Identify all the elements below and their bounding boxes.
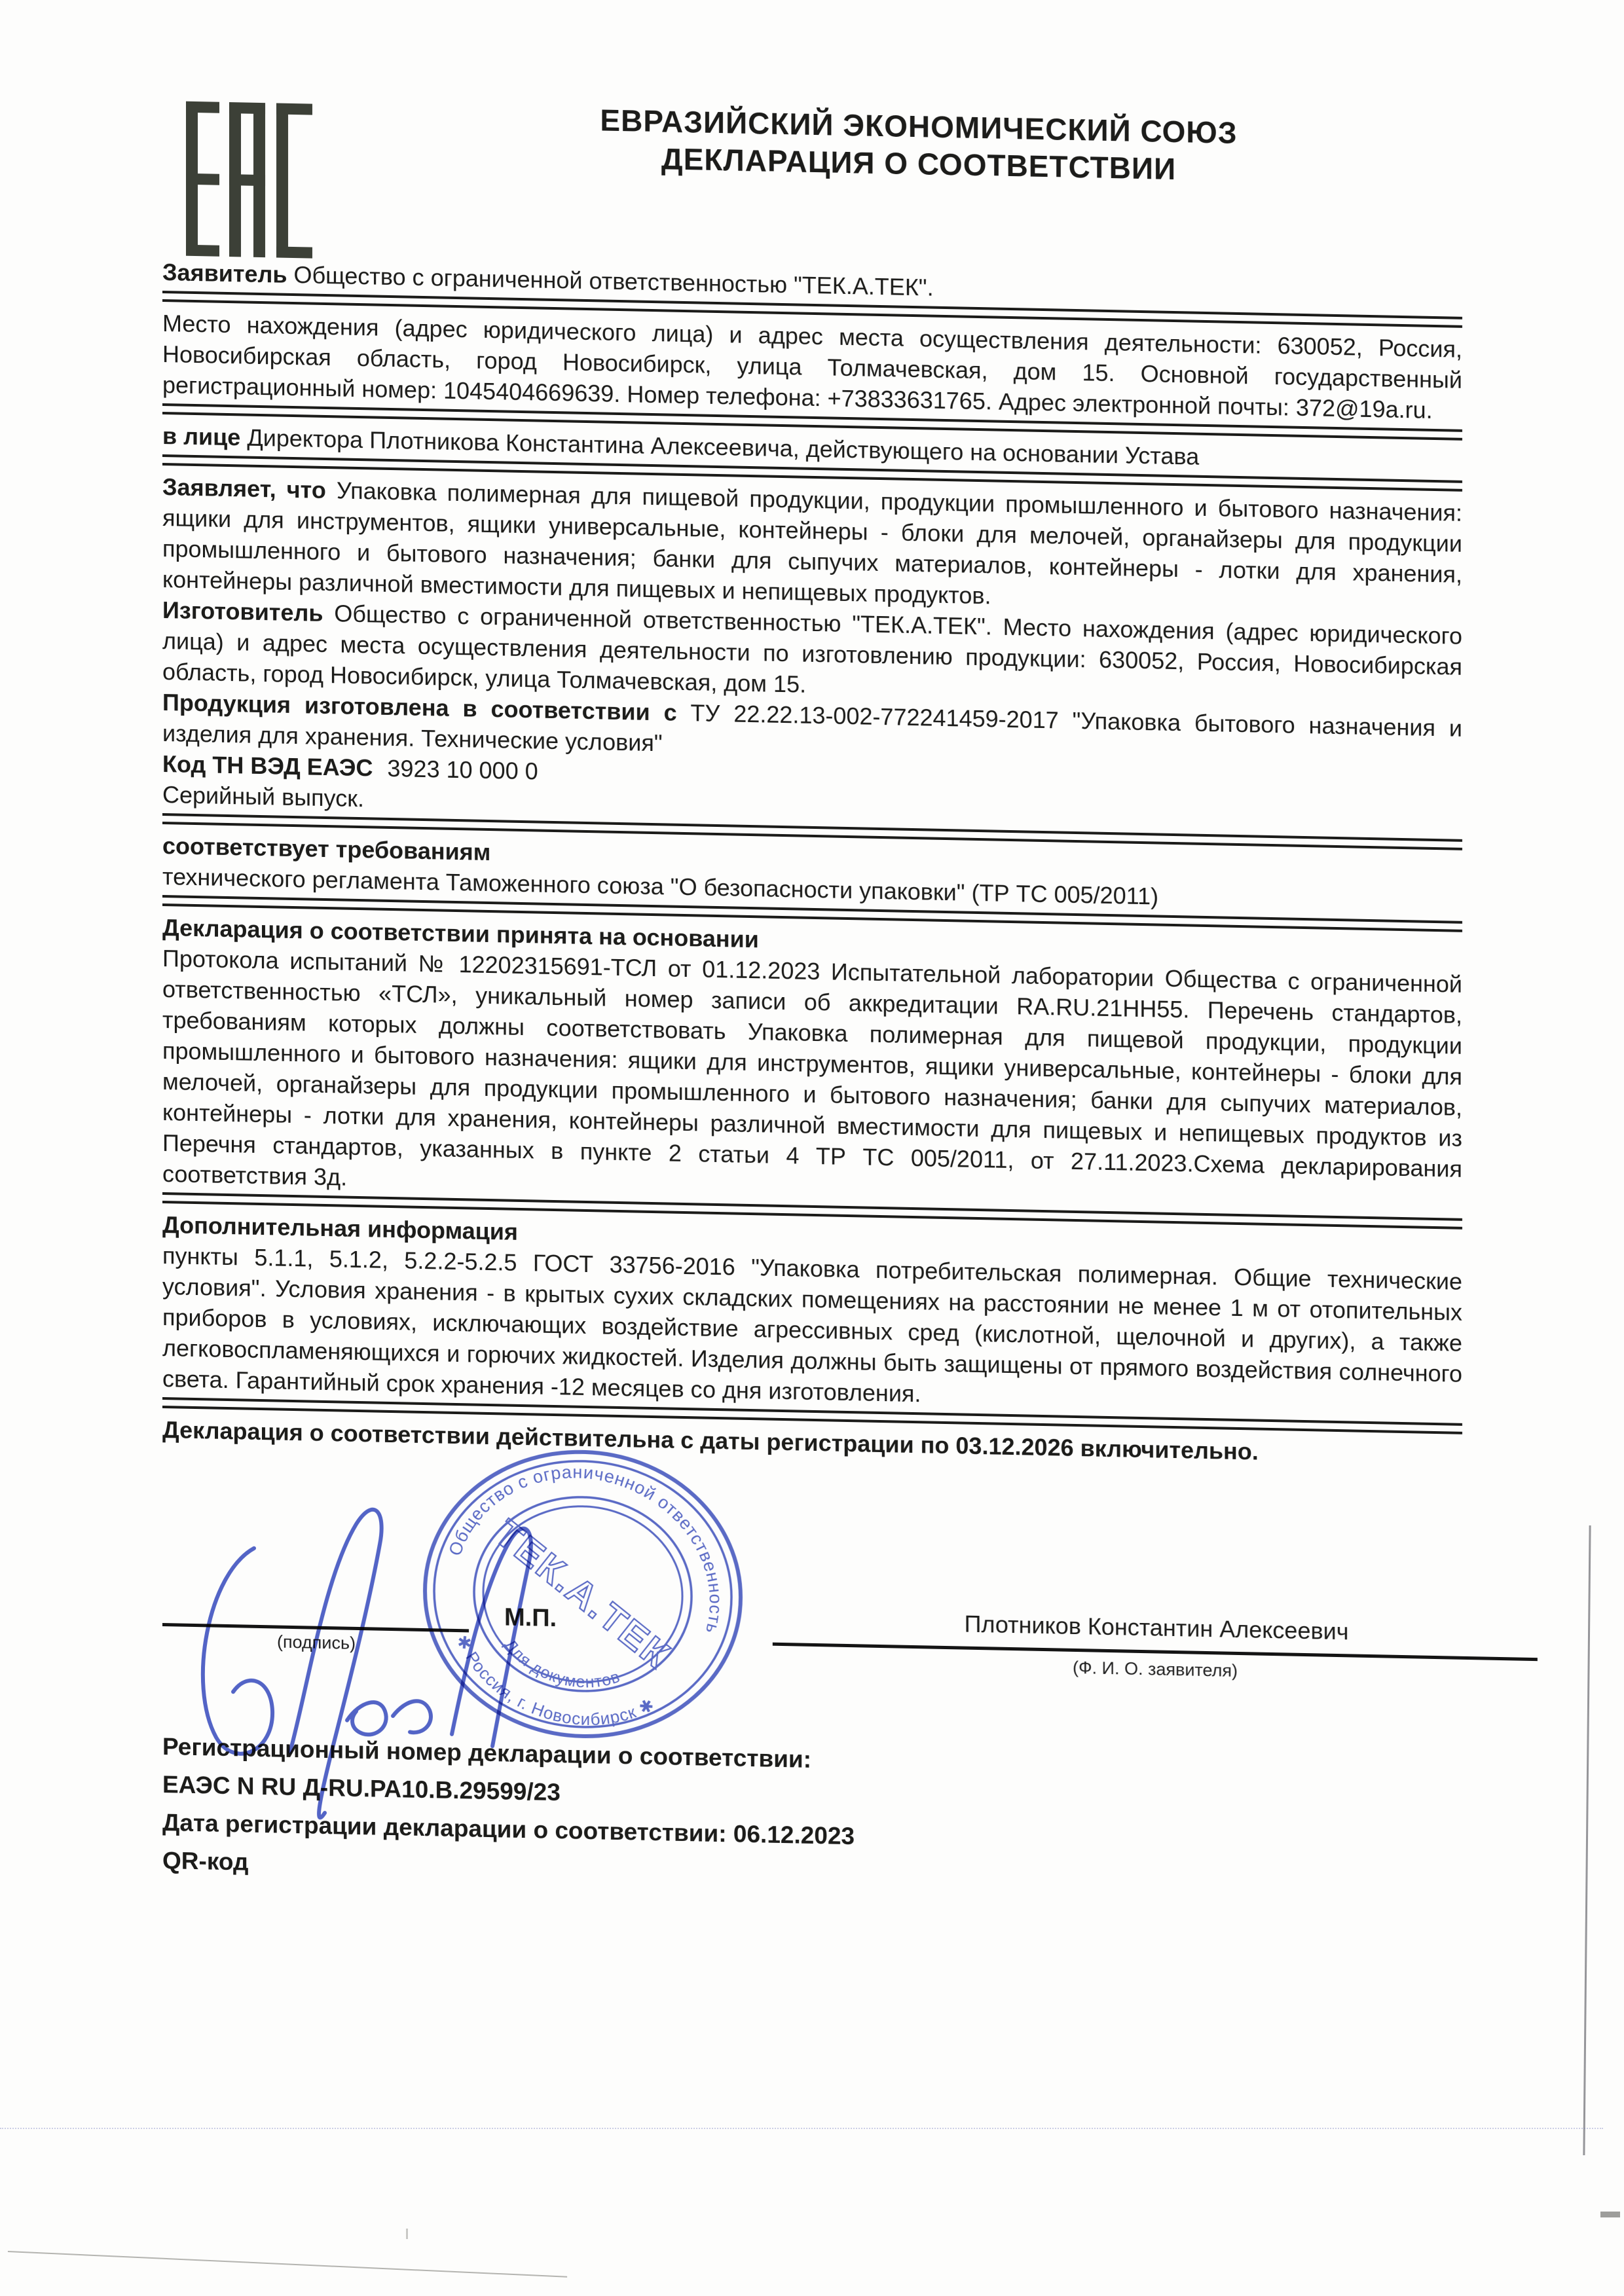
- document-title: ЕВРАЗИЙСКИЙ ЭКОНОМИЧЕСКИЙ СОЮЗ ДЕКЛАРАЦИ…: [470, 99, 1367, 192]
- handwritten-signature: [156, 1409, 575, 1836]
- tnved-code: 3923 10 000 0: [387, 755, 538, 785]
- document-header: ЕВРАЗИЙСКИЙ ЭКОНОМИЧЕСКИЙ СОЮЗ ДЕКЛАРАЦИ…: [162, 92, 1462, 283]
- declarant-name: Плотников Константин Алексеевич: [777, 1607, 1536, 1649]
- applicant-label: Заявитель: [162, 259, 287, 288]
- manufacturer-label: Изготовитель: [162, 596, 323, 627]
- declaration-document-page: ЕВРАЗИЙСКИЙ ЭКОНОМИЧЕСКИЙ СОЮЗ ДЕКЛАРАЦИ…: [0, 0, 1624, 2296]
- declares-label: Заявляет, что: [162, 473, 326, 503]
- additional-text: пункты 5.1.1, 5.1.2, 5.2.2-5.2.5 ГОСТ 33…: [162, 1240, 1462, 1420]
- declares-text: Упаковка полимерная для пищевой продукци…: [162, 477, 1462, 609]
- scan-artifact-diagonal-line: [8, 2251, 567, 2278]
- scan-artifact-speck: [406, 2229, 408, 2239]
- registration-date: 06.12.2023: [733, 1821, 855, 1850]
- basis-text: Протокола испытаний № 12202315691-ТСЛ от…: [162, 943, 1462, 1215]
- scan-artifact-dotted-line: [0, 2128, 1603, 2129]
- scan-artifact-dash: [1600, 2212, 1620, 2217]
- tnved-label: Код ТН ВЭД ЕАЭС: [162, 750, 373, 781]
- eac-logo-icon: [186, 101, 312, 259]
- document-content: ЕВРАЗИЙСКИЙ ЭКОНОМИЧЕСКИЙ СОЮЗ ДЕКЛАРАЦИ…: [162, 92, 1462, 1906]
- scan-artifact-vertical-line: [1583, 1525, 1591, 2155]
- representative-label: в лице: [162, 422, 240, 450]
